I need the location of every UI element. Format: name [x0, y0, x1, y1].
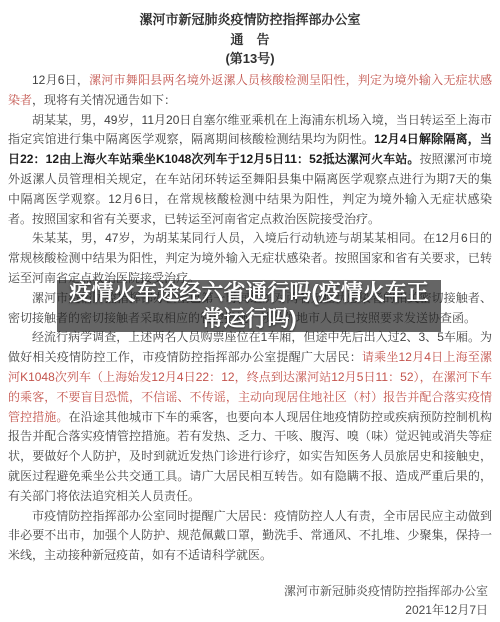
text-segment-normal: ，现将有关情况通告如下：: [32, 93, 176, 107]
notice-paragraph: 胡某某，男，49岁，11月20日自塞尔维亚乘机在上海浦东机场入境，当日转运至上海…: [8, 111, 492, 230]
notice-paragraph: 12月6日，漯河市舞阳县两名境外返漯人员核酸检测呈阳性，判定为境外输入无症状感染…: [8, 71, 492, 111]
notice-paragraph: 经流行病学调查，上述两名人员购票座位在1车厢，但途中先后出入过2、3、5车厢。为…: [8, 328, 492, 506]
watermark-title-text: 疫情火车途经六省通行吗(疫情火车正常运行吗): [57, 280, 441, 332]
text-segment-normal: 12月6日，: [32, 73, 89, 87]
notice-doc-number: (第13号): [8, 50, 492, 67]
text-segment-normal: 在沿途其他城市下车的乘客，也要向本人现居住地疫情防控或疾病预防控制机构报告并配合…: [8, 410, 492, 503]
watermark-title-overlay: 疫情火车途经六省通行吗(疫情火车正常运行吗): [57, 280, 441, 332]
text-segment-normal: 市疫情防控指挥部办公室同时提醒广大居民：疫情防控人人有责，全市居民应主动做到非必…: [8, 509, 492, 563]
text-segment-normal: 朱某某，男，47岁，为胡某某同行人员，入境后行动轨迹与胡某某相同。在12月6日的…: [8, 231, 492, 285]
notice-footer: 漯河市新冠肺炎疫情防控指挥部办公室 2021年12月7日: [284, 582, 488, 620]
footer-date: 2021年12月7日: [284, 601, 488, 620]
notice-paragraph: 市疫情防控指挥部办公室同时提醒广大居民：疫情防控人人有责，全市居民应主动做到非必…: [8, 507, 492, 566]
notice-org-title: 漯河市新冠肺炎疫情防控指挥部办公室: [8, 11, 492, 28]
notice-document: 漯河市新冠肺炎疫情防控指挥部办公室 通 告 (第13号) 12月6日，漯河市舞阳…: [0, 0, 500, 622]
notice-doc-type: 通 告: [8, 31, 492, 48]
footer-org: 漯河市新冠肺炎疫情防控指挥部办公室: [284, 582, 488, 601]
